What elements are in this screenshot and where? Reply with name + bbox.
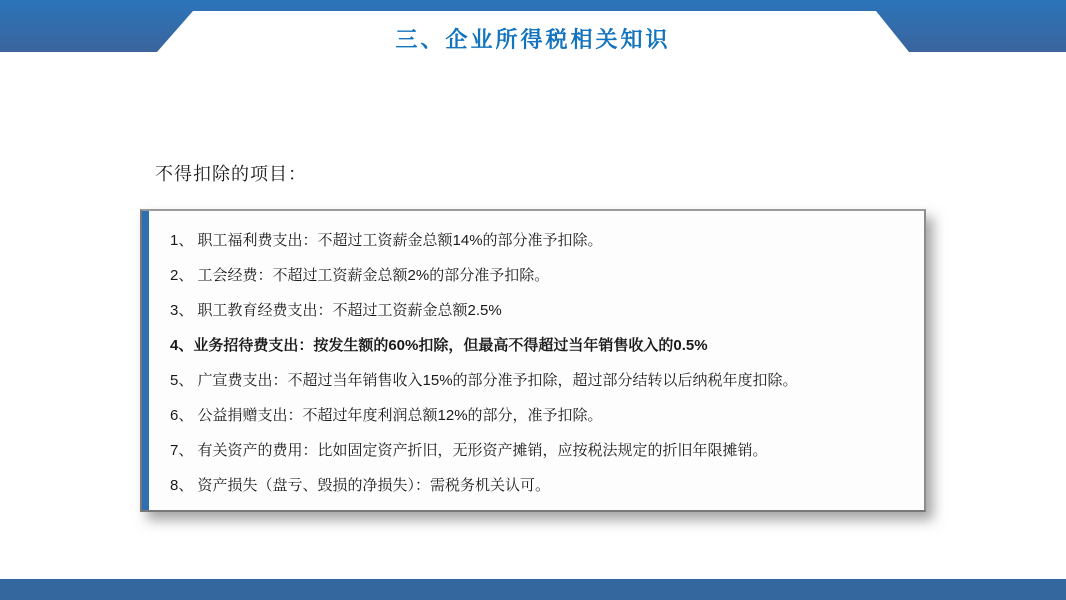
section-label: 不得扣除的项目： — [155, 160, 307, 186]
rule-item-8: 8、 资产损失（盘亏、毁损的净损失）：需税务机关认可。 — [170, 468, 914, 503]
rule-item-4: 4、业务招待费支出：按发生额的60%扣除，但最高不得超过当年销售收入的0.5% — [170, 328, 914, 363]
rule-item-5: 5、 广宣费支出：不超过当年销售收入15%的部分准予扣除，超过部分结转以后纳税年… — [170, 363, 914, 398]
rule-item-6: 6、 公益捐赠支出：不超过年度利润总额12%的部分，准予扣除。 — [170, 398, 914, 433]
rule-item-7: 7、 有关资产的费用：比如固定资产折旧，无形资产摊销，应按税法规定的折旧年限摊销… — [170, 433, 914, 468]
rule-item-3: 3、 职工教育经费支出：不超过工资薪金总额2.5% — [170, 293, 914, 328]
content-panel: 1、 职工福利费支出：不超过工资薪金总额14%的部分准予扣除。 2、 工会经费：… — [140, 209, 926, 512]
accent-bar — [142, 211, 149, 510]
rule-list: 1、 职工福利费支出：不超过工资薪金总额14%的部分准予扣除。 2、 工会经费：… — [142, 211, 924, 503]
slide-title: 三、企业所得税相关知识 — [0, 29, 1066, 51]
rule-item-1: 1、 职工福利费支出：不超过工资薪金总额14%的部分准予扣除。 — [170, 223, 914, 258]
rule-item-2: 2、 工会经费：不超过工资薪金总额2%的部分准予扣除。 — [170, 258, 914, 293]
footer-bar — [0, 579, 1066, 600]
